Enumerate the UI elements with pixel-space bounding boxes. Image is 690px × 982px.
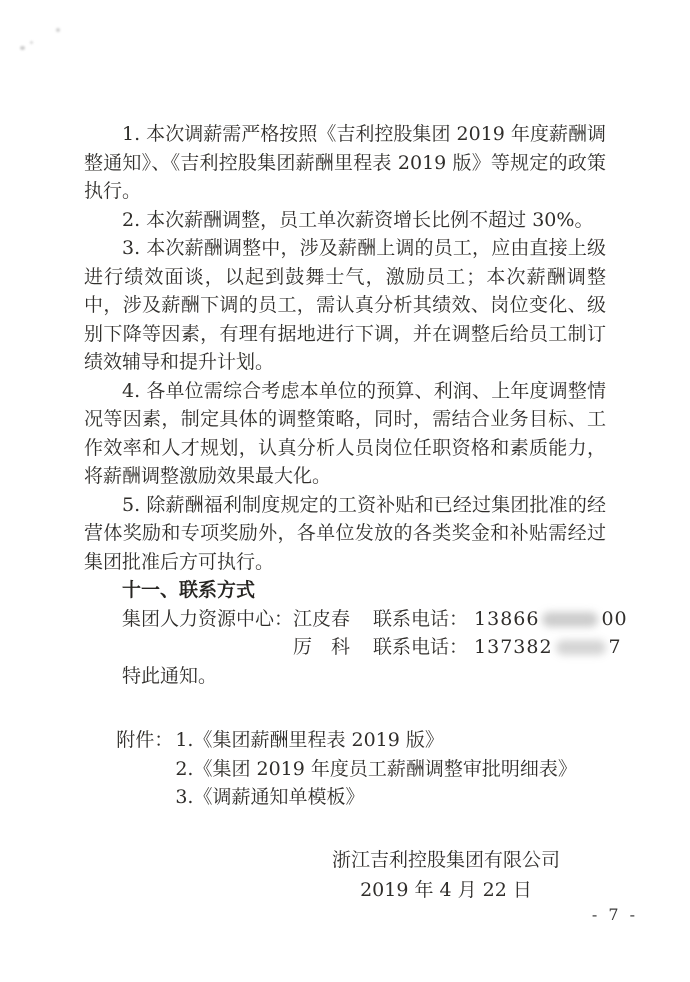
redacted-smudge	[556, 640, 606, 655]
attachments-label: 附件：	[116, 726, 173, 812]
scanned-document-page: 1. 本次调薪需严格按照《吉利控股集团 2019 年度薪酬调整通知》、《吉利控股…	[0, 0, 690, 982]
signature-company: 浙江吉利控股集团有限公司	[296, 845, 596, 875]
document-body: 1. 本次调薪需严格按照《吉利控股集团 2019 年度薪酬调整通知》、《吉利控股…	[84, 120, 606, 905]
phone-number: 1373827	[474, 633, 622, 662]
phone-suffix: 7	[609, 636, 622, 658]
closing-note: 特此通知。	[84, 662, 606, 691]
section-heading-contact: 十一、联系方式	[84, 576, 606, 605]
body-paragraph-5: 5. 除薪酬福利制度规定的工资补贴和已经过集团批准的经营体奖励和专项奖励外，各单…	[84, 491, 606, 577]
scan-speck	[30, 41, 33, 44]
attachment-item-1: 1.《集团薪酬里程表 2019 版》	[175, 726, 577, 755]
body-paragraph-1: 1. 本次调薪需严格按照《吉利控股集团 2019 年度薪酬调整通知》、《吉利控股…	[84, 120, 606, 206]
body-paragraph-3: 3. 本次薪酬调整中，涉及薪酬上调的员工，应由直接上级进行绩效面谈，以起到鼓舞士…	[84, 234, 606, 377]
attachments-block: 附件： 1.《集团薪酬里程表 2019 版》 2.《集团 2019 年度员工薪酬…	[116, 726, 606, 812]
contact-person-name: 江皮春	[293, 605, 373, 634]
redacted-smudge	[542, 612, 598, 627]
phone-label: 联系电话：	[373, 605, 468, 634]
phone-label: 联系电话：	[373, 633, 468, 662]
scan-speck	[56, 28, 60, 32]
signature-date: 2019 年 4 月 22 日	[296, 875, 596, 905]
attachment-item-2: 2.《集团 2019 年度员工薪酬调整审批明细表》	[175, 755, 577, 784]
scan-speck	[20, 46, 25, 50]
phone-suffix: 00	[601, 608, 627, 630]
body-paragraph-4: 4. 各单位需综合考虑本单位的预算、利润、上年度调整情况等因素，制定具体的调整策…	[84, 377, 606, 491]
contact-row-1: 集团人力资源中心： 江皮春 联系电话： 1386600	[84, 605, 606, 634]
phone-prefix: 137382	[474, 636, 553, 658]
contact-department-label: 集团人力资源中心：	[122, 605, 293, 634]
phone-number: 1386600	[474, 605, 628, 634]
body-paragraph-2: 2. 本次薪酬调整，员工单次薪资增长比例不超过 30%。	[84, 206, 606, 235]
attachments-list: 1.《集团薪酬里程表 2019 版》 2.《集团 2019 年度员工薪酬调整审批…	[175, 726, 577, 812]
phone-prefix: 13866	[474, 608, 539, 630]
attachment-item-3: 3.《调薪通知单模板》	[175, 783, 577, 812]
page-number: - 7 -	[592, 905, 638, 924]
contact-row-2: 厉 科 联系电话： 1373827	[84, 633, 606, 662]
contact-department-label-spacer	[122, 633, 293, 662]
signature-block: 浙江吉利控股集团有限公司 2019 年 4 月 22 日	[296, 845, 596, 905]
contact-person-name: 厉 科	[293, 633, 373, 662]
